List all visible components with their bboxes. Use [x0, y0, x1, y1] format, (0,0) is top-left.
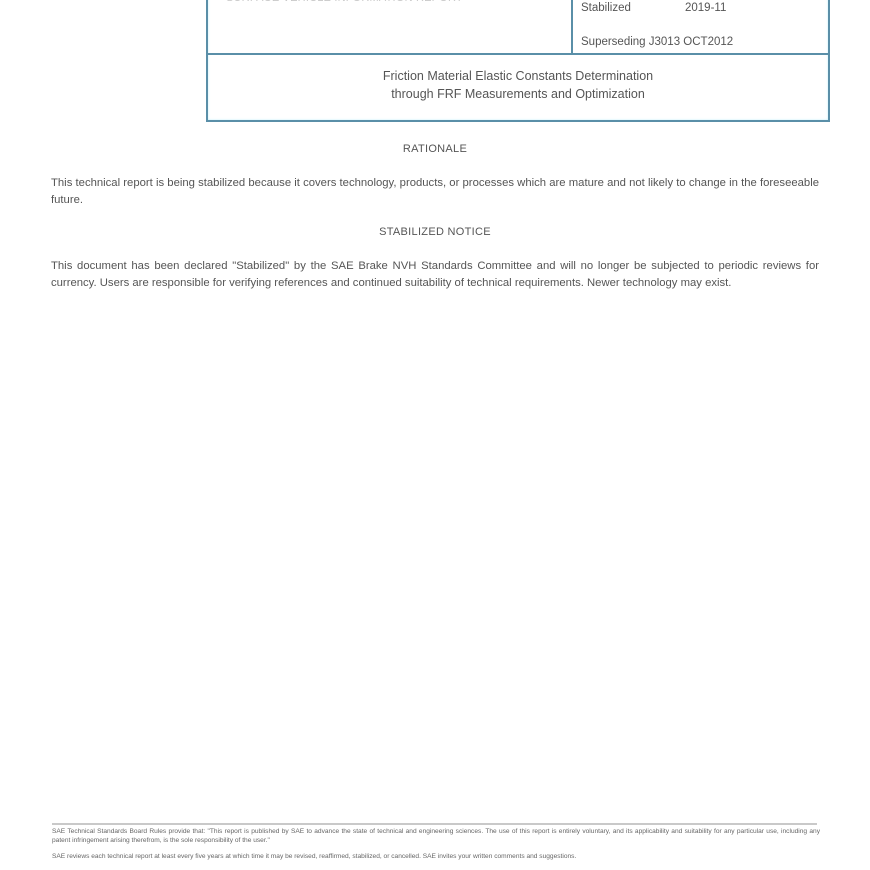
stabilized-row: Stabilized2019-11	[581, 2, 726, 14]
title-line-2: through FRF Measurements and Optimizatio…	[208, 85, 828, 103]
rationale-text: This technical report is being stabilize…	[51, 175, 819, 208]
rationale-heading: RATIONALE	[50, 143, 820, 155]
title-line-1: Friction Material Elastic Constants Dete…	[208, 67, 828, 85]
header-right-cell: Stabilized2019-11 Superseding J3013 OCT2…	[573, 0, 828, 53]
header-top-row: SURFACE VEHICLE INFORMATION REPORT Stabi…	[208, 0, 828, 55]
superseding-row: Superseding J3013 OCT2012	[581, 36, 733, 48]
footer-divider	[52, 823, 817, 825]
footer-review-notice: SAE reviews each technical report at lea…	[52, 853, 820, 862]
footer-disclaimer: SAE Technical Standards Board Rules prov…	[52, 828, 820, 845]
header-left-cell: SURFACE VEHICLE INFORMATION REPORT	[208, 0, 573, 53]
stabilized-notice-text: This document has been declared "Stabili…	[51, 258, 819, 291]
document-title: Friction Material Elastic Constants Dete…	[208, 55, 828, 120]
stabilized-notice-heading: STABILIZED NOTICE	[50, 226, 820, 238]
stabilized-label: Stabilized	[581, 2, 685, 14]
document-page: SURFACE VEHICLE INFORMATION REPORT Stabi…	[0, 0, 870, 870]
header-table: SURFACE VEHICLE INFORMATION REPORT Stabi…	[206, 0, 830, 122]
stabilized-date: 2019-11	[685, 2, 726, 14]
report-type-label: SURFACE VEHICLE INFORMATION REPORT	[226, 0, 463, 4]
